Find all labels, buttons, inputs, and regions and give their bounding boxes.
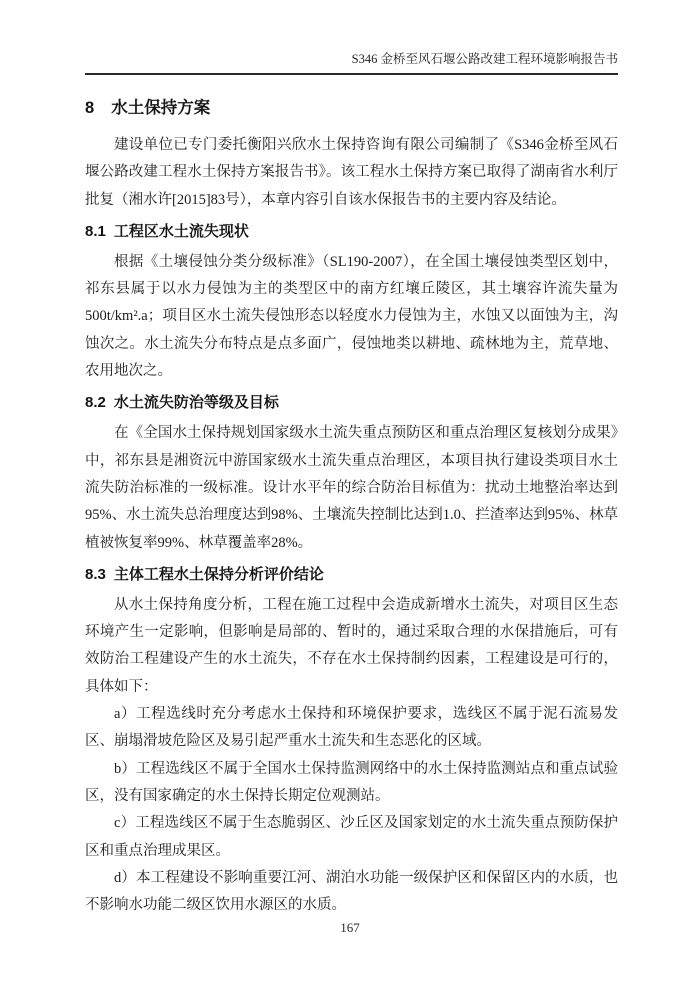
section-heading-8-2: 8.2水土流失防治等级及目标 (85, 392, 618, 414)
chapter-title: 水土保持方案 (111, 99, 210, 117)
page-number: 167 (340, 920, 360, 935)
section-8-3-paragraph-intro: 从水土保持角度分析，工程在施工过程中会造成新增水土流失，对项目区生态环境产生一定… (85, 592, 618, 701)
section-number: 8.2 (85, 392, 106, 414)
section-title: 主体工程水土保持分析评价结论 (114, 566, 324, 583)
section-8-3-item-a: a）工程选线时充分考虑水土保持和环境保护要求，选线区不属于泥石流易发区、崩塌滑坡… (85, 701, 618, 756)
section-heading-8-1: 8.1工程区水土流失现状 (85, 221, 618, 243)
section-number: 8.1 (85, 221, 106, 243)
chapter-number: 8 (85, 96, 94, 120)
section-8-2-paragraph: 在《全国水土保持规划国家级水土流失重点预防区和重点治理区复核划分成果》中，祁东县… (85, 420, 618, 556)
chapter-intro-paragraph: 建设单位已专门委托衡阳兴欣水土保持咨询有限公司编制了《S346金桥至风石堰公路改… (85, 132, 618, 214)
section-8-1-paragraph: 根据《土壤侵蚀分类分级标准》（SL190-2007），在全国土壤侵蚀类型区划中，… (85, 249, 618, 385)
chapter-heading: 8水土保持方案 (85, 96, 618, 120)
document-page: S346 金桥至风石堰公路改建工程环境影响报告书 8水土保持方案 建设单位已专门… (0, 0, 700, 990)
section-title: 工程区水土流失现状 (114, 223, 249, 240)
section-title: 水土流失防治等级及目标 (114, 394, 279, 411)
page-header: S346 金桥至风石堰公路改建工程环境影响报告书 (85, 50, 618, 75)
section-heading-8-3: 8.3主体工程水土保持分析评价结论 (85, 564, 618, 586)
section-number: 8.3 (85, 564, 106, 586)
section-8-3-item-d: d）本工程建设不影响重要江河、湖泊水功能一级保护区和保留区内的水质，也不影响水功… (85, 865, 618, 920)
page-body: 8水土保持方案 建设单位已专门委托衡阳兴欣水土保持咨询有限公司编制了《S346金… (85, 96, 618, 919)
running-header-title: S346 金桥至风石堰公路改建工程环境影响报告书 (352, 52, 618, 66)
section-8-3-item-c: c）工程选线区不属于生态脆弱区、沙丘区及国家划定的水土流失重点预防保护区和重点治… (85, 810, 618, 865)
section-8-3-item-b: b）工程选线区不属于全国水土保持监测网络中的水土保持监测站点和重点试验区，没有国… (85, 756, 618, 811)
page-footer: 167 (0, 920, 700, 936)
